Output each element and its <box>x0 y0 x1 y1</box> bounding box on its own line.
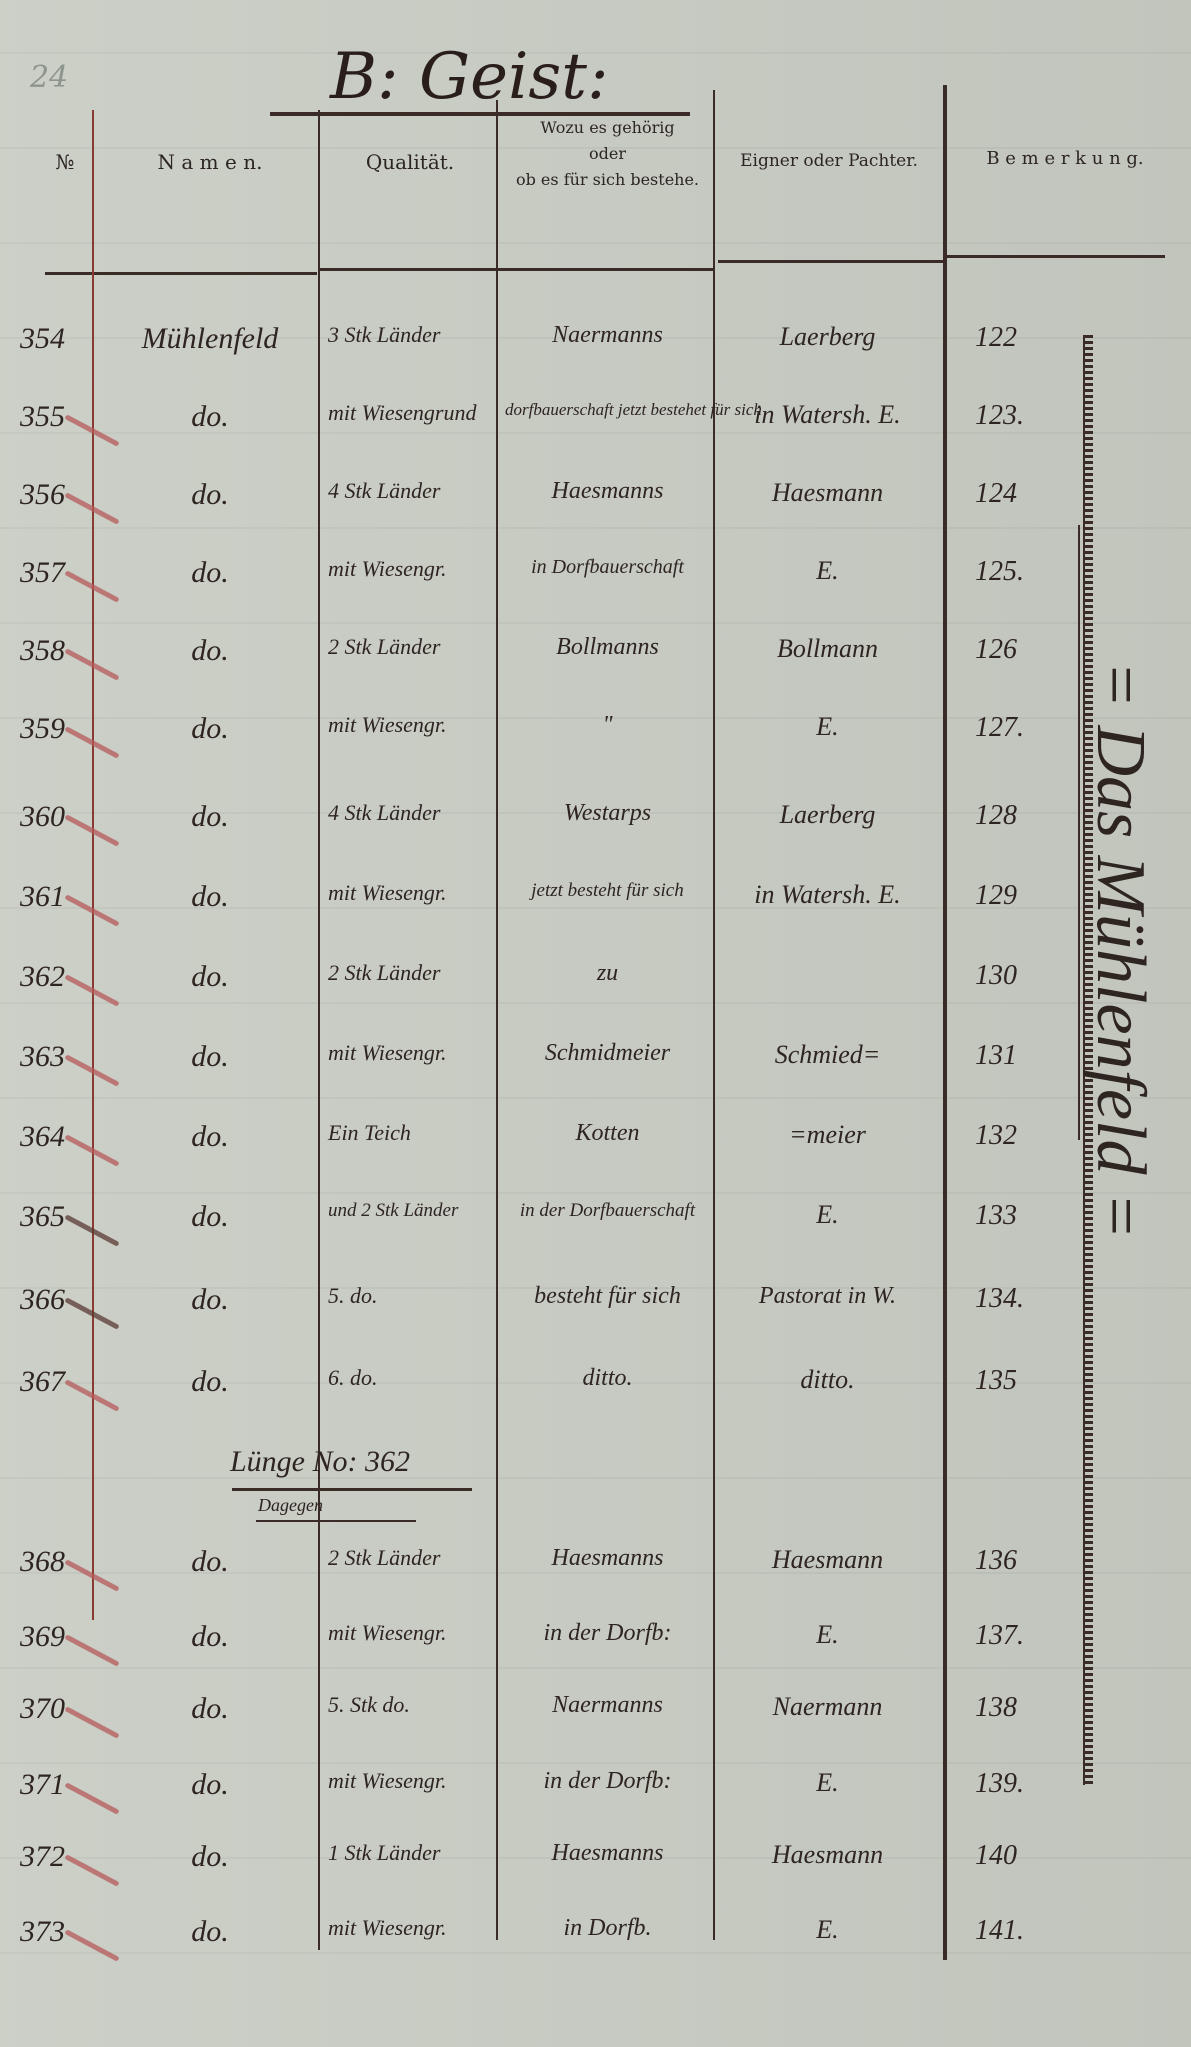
parcel-quality: 1 Stk Länder <box>328 1840 500 1866</box>
ledger-row: 358 do. 2 Stk Länder Bollmanns Bollmann … <box>0 634 1191 684</box>
parcel-owner: Laerberg <box>715 800 940 830</box>
ledger-row: 362 do. 2 Stk Länder zu 130 <box>0 960 1191 1010</box>
ledger-row: 360 do. 4 Stk Länder Westarps Laerberg 1… <box>0 800 1191 850</box>
interjection-subnote-underline <box>256 1520 416 1522</box>
parcel-name: do. <box>110 1120 310 1154</box>
header-belongs-line2: oder <box>500 141 715 167</box>
parcel-owner: E. <box>715 1915 940 1945</box>
parcel-name: do. <box>110 880 310 914</box>
ledger-row: 364 do. Ein Teich Kotten =meier 132 <box>0 1120 1191 1170</box>
parcel-belongs: ditto. <box>505 1365 710 1392</box>
parcel-remark: 137. <box>975 1620 1035 1652</box>
parcel-name: do. <box>110 400 310 434</box>
ledger-row: 370 do. 5. Stk do. Naermanns Naermann 13… <box>0 1692 1191 1742</box>
parcel-name: Mühlenfeld <box>110 322 310 356</box>
parcel-belongs: Naermanns <box>505 1692 710 1719</box>
parcel-belongs: Haesmanns <box>505 1545 710 1572</box>
parcel-remark: 123. <box>975 400 1035 432</box>
parcel-remark: 136 <box>975 1545 1035 1577</box>
parcel-belongs: zu <box>505 960 710 987</box>
parcel-number: 355 <box>20 400 100 434</box>
ledger-row: 372 do. 1 Stk Länder Haesmanns Haesmann … <box>0 1840 1191 1890</box>
parcel-name: do. <box>110 1840 310 1874</box>
parcel-name: do. <box>110 1283 310 1317</box>
parcel-name: do. <box>110 1620 310 1654</box>
parcel-quality: 2 Stk Länder <box>328 634 500 660</box>
parcel-quality: mit Wiesengr. <box>328 1915 500 1941</box>
parcel-number: 360 <box>20 800 100 834</box>
parcel-name: do. <box>110 556 310 590</box>
parcel-belongs: in Dorfb. <box>505 1915 710 1942</box>
ledger-row: 366 do. 5. do. besteht für sich Pastorat… <box>0 1283 1191 1333</box>
parcel-quality: mit Wiesengr. <box>328 712 500 738</box>
parcel-owner: Schmied= <box>715 1040 940 1070</box>
parcel-owner: Naermann <box>715 1692 940 1722</box>
parcel-number: 369 <box>20 1620 100 1654</box>
parcel-remark: 133 <box>975 1200 1035 1232</box>
parcel-quality: mit Wiesengr. <box>328 880 500 906</box>
parcel-remark: 126 <box>975 634 1035 666</box>
parcel-name: do. <box>110 1545 310 1579</box>
side-note: = Das Mühlenfeld = <box>1060 520 1180 1340</box>
parcel-name: do. <box>110 712 310 746</box>
header-rule <box>718 260 943 263</box>
parcel-belongs: in Dorfbauerschaft <box>505 556 710 579</box>
parcel-number: 357 <box>20 556 100 590</box>
parcel-number: 372 <box>20 1840 100 1874</box>
ledger-row: 371 do. mit Wiesengr. in der Dorfb: E. 1… <box>0 1768 1191 1818</box>
parcel-quality: 2 Stk Länder <box>328 1545 500 1571</box>
parcel-name: do. <box>110 478 310 512</box>
parcel-owner: E. <box>715 712 940 742</box>
parcel-belongs: jetzt besteht für sich <box>505 880 710 902</box>
parcel-belongs: besteht für sich <box>505 1283 710 1310</box>
parcel-owner: E. <box>715 556 940 586</box>
header-name: N a m e n. <box>110 150 310 174</box>
parcel-belongs: in der Dorfbauerschaft <box>505 1200 710 1222</box>
parcel-owner: Pastorat in W. <box>715 1283 940 1310</box>
parcel-belongs: Naermanns <box>505 322 710 349</box>
parcel-name: do. <box>110 634 310 668</box>
parcel-remark: 127. <box>975 712 1035 744</box>
header-belongs-line3: ob es für sich bestehe. <box>500 167 715 193</box>
header-rule <box>45 272 317 275</box>
parcel-quality: und 2 Stk Länder <box>328 1200 500 1222</box>
parcel-remark: 140 <box>975 1840 1035 1872</box>
parcel-quality: mit Wiesengrund <box>328 400 500 426</box>
interjection-note: Lünge No: 362 <box>230 1445 410 1479</box>
parcel-name: do. <box>110 1365 310 1399</box>
parcel-number: 364 <box>20 1120 100 1154</box>
parcel-number: 354 <box>20 322 100 356</box>
parcel-number: 368 <box>20 1545 100 1579</box>
parcel-owner: Bollmann <box>715 634 940 664</box>
parcel-remark: 129 <box>975 880 1035 912</box>
parcel-number: 363 <box>20 1040 100 1074</box>
parcel-quality: 3 Stk Länder <box>328 322 500 348</box>
parcel-quality: 5. do. <box>328 1283 500 1309</box>
parcel-number: 367 <box>20 1365 100 1399</box>
parcel-quality: mit Wiesengr. <box>328 1620 500 1646</box>
parcel-number: 358 <box>20 634 100 668</box>
parcel-belongs: Haesmanns <box>505 478 710 505</box>
parcel-belongs: Bollmanns <box>505 634 710 661</box>
parcel-remark: 125. <box>975 556 1035 588</box>
parcel-name: do. <box>110 1200 310 1234</box>
parcel-name: do. <box>110 960 310 994</box>
ledger-row: 354 Mühlenfeld 3 Stk Länder Naermanns La… <box>0 322 1191 372</box>
ledger-row: 373 do. mit Wiesengr. in Dorfb. E. 141. <box>0 1915 1191 1965</box>
parcel-quality: Ein Teich <box>328 1120 500 1146</box>
parcel-belongs: " <box>505 712 710 739</box>
header-quality: Qualität. <box>320 150 500 174</box>
parcel-number: 366 <box>20 1283 100 1317</box>
parcel-remark: 135 <box>975 1365 1035 1397</box>
parcel-owner: Haesmann <box>715 1840 940 1870</box>
parcel-belongs: Kotten <box>505 1120 710 1147</box>
parcel-quality: 4 Stk Länder <box>328 478 500 504</box>
parcel-quality: 5. Stk do. <box>328 1692 500 1718</box>
header-rule <box>945 255 1165 258</box>
ledger-row: 355 do. mit Wiesengrund dorfbauerschaft … <box>0 400 1191 450</box>
parcel-quality: 4 Stk Länder <box>328 800 500 826</box>
parcel-quality: mit Wiesengr. <box>328 1040 500 1066</box>
parcel-owner: E. <box>715 1200 940 1230</box>
side-note-text: = Das Mühlenfeld = <box>1080 590 1160 1310</box>
parcel-remark: 139. <box>975 1768 1035 1800</box>
ledger-page: 24 B: Geist: № N a m e n. Qualität. Wozu… <box>0 0 1191 2047</box>
parcel-number: 373 <box>20 1915 100 1949</box>
header-no: № <box>30 150 100 174</box>
parcel-number: 359 <box>20 712 100 746</box>
parcel-number: 370 <box>20 1692 100 1726</box>
section-title: B: Geist: <box>330 40 609 114</box>
parcel-owner: E. <box>715 1620 940 1650</box>
parcel-owner: ditto. <box>715 1365 940 1395</box>
parcel-number: 371 <box>20 1768 100 1802</box>
parcel-number: 362 <box>20 960 100 994</box>
ledger-row: 363 do. mit Wiesengr. Schmidmeier Schmie… <box>0 1040 1191 1090</box>
parcel-belongs: Haesmanns <box>505 1840 710 1867</box>
ledger-row: 369 do. mit Wiesengr. in der Dorfb: E. 1… <box>0 1620 1191 1670</box>
ledger-row: 359 do. mit Wiesengr. " E. 127. <box>0 712 1191 762</box>
parcel-remark: 132 <box>975 1120 1035 1152</box>
parcel-owner: Laerberg <box>715 322 940 352</box>
interjection-subnote: Dagegen <box>258 1495 323 1516</box>
header-owner: Eigner oder Pachter. <box>718 148 940 174</box>
parcel-owner: in Watersh. E. <box>715 400 940 430</box>
parcel-quality: mit Wiesengr. <box>328 1768 500 1794</box>
parcel-remark: 130 <box>975 960 1035 992</box>
parcel-remark: 134. <box>975 1283 1035 1315</box>
parcel-remark: 128 <box>975 800 1035 832</box>
parcel-belongs: Westarps <box>505 800 710 827</box>
header-rule <box>320 268 715 271</box>
parcel-quality: 2 Stk Länder <box>328 960 500 986</box>
parcel-belongs: in der Dorfb: <box>505 1768 710 1795</box>
parcel-name: do. <box>110 800 310 834</box>
parcel-name: do. <box>110 1915 310 1949</box>
parcel-name: do. <box>110 1692 310 1726</box>
parcel-belongs: Schmidmeier <box>505 1040 710 1067</box>
parcel-remark: 141. <box>975 1915 1035 1947</box>
ledger-row: 367 do. 6. do. ditto. ditto. 135 <box>0 1365 1191 1415</box>
parcel-quality: mit Wiesengr. <box>328 556 500 582</box>
header-belongs: Wozu es gehörig oder ob es für sich best… <box>500 115 715 193</box>
parcel-number: 356 <box>20 478 100 512</box>
parcel-remark: 124 <box>975 478 1035 510</box>
parcel-name: do. <box>110 1040 310 1074</box>
ledger-row: 361 do. mit Wiesengr. jetzt besteht für … <box>0 880 1191 930</box>
parcel-belongs: dorfbauerschaft jetzt bestehet für sich <box>505 400 710 420</box>
parcel-number: 365 <box>20 1200 100 1234</box>
ledger-row: 357 do. mit Wiesengr. in Dorfbauerschaft… <box>0 556 1191 606</box>
parcel-name: do. <box>110 1768 310 1802</box>
parcel-quality: 6. do. <box>328 1365 500 1391</box>
parcel-remark: 122 <box>975 322 1035 354</box>
header-belongs-line1: Wozu es gehörig <box>500 115 715 141</box>
folio-number: 24 <box>30 60 68 95</box>
parcel-owner: E. <box>715 1768 940 1798</box>
parcel-owner: Haesmann <box>715 478 940 508</box>
parcel-number: 361 <box>20 880 100 914</box>
parcel-belongs: in der Dorfb: <box>505 1620 710 1647</box>
parcel-owner: in Watersh. E. <box>715 880 940 910</box>
parcel-remark: 131 <box>975 1040 1035 1072</box>
interjection-underline <box>232 1488 472 1491</box>
ledger-row: 368 do. 2 Stk Länder Haesmanns Haesmann … <box>0 1545 1191 1595</box>
parcel-owner: Haesmann <box>715 1545 940 1575</box>
parcel-remark: 138 <box>975 1692 1035 1724</box>
ledger-row: 356 do. 4 Stk Länder Haesmanns Haesmann … <box>0 478 1191 528</box>
ledger-row: 365 do. und 2 Stk Länder in der Dorfbaue… <box>0 1200 1191 1250</box>
column-rule-name <box>318 110 320 1950</box>
header-remark: B e m e r k u n g. <box>955 148 1175 169</box>
parcel-owner: =meier <box>715 1120 940 1150</box>
